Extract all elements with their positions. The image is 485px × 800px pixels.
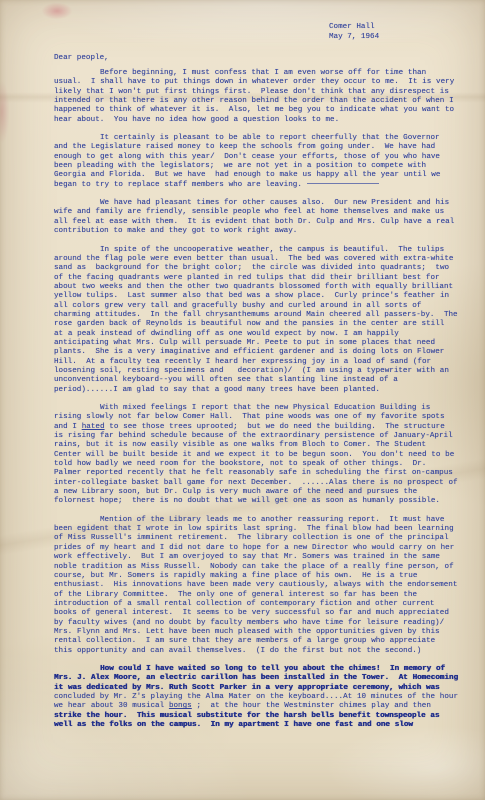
text-run: strike the hour. This musical substitute… — [54, 712, 444, 729]
text-run: Before beginning, I must confess that I … — [54, 69, 459, 124]
letter-paragraph: In spite of the uncooperative weather, t… — [54, 246, 458, 396]
letter-paragraph: Before beginning, I must confess that I … — [54, 69, 458, 125]
heading-date: May 7, 1964 — [329, 33, 379, 43]
text-run: bongs — [169, 702, 192, 710]
text-run: In spite of the uncooperative weather, t… — [54, 246, 462, 394]
salutation: Dear people, — [54, 54, 109, 64]
letter-body: Before beginning, I must confess that I … — [54, 69, 458, 739]
text-run: It certainly is pleasant to be able to r… — [54, 134, 445, 189]
text-run: to see those trees uprooted; but we do n… — [54, 423, 462, 506]
text-run: How could I have waited so long to tell … — [54, 665, 463, 692]
letter-paragraph: We have had pleasant times for other cau… — [54, 199, 458, 236]
heading-place: Comer Hall — [329, 23, 379, 33]
pen-line — [307, 183, 379, 184]
letter-paragraph: It certainly is pleasant to be able to r… — [54, 134, 458, 190]
letter-paragraph: Mention of the Library leads me to anoth… — [54, 516, 458, 656]
text-run: ; at the hour the Westminster chimes pla… — [192, 702, 436, 710]
letter-paragraph: How could I have waited so long to tell … — [54, 665, 458, 730]
letter-page: Comer Hall May 7, 1964 Dear people, Befo… — [0, 0, 485, 800]
text-run: Mention of the Library leads me to anoth… — [54, 516, 462, 655]
letter-heading: Comer Hall May 7, 1964 — [329, 23, 379, 43]
text-run: We have had pleasant times for other cau… — [54, 199, 459, 235]
letter-paragraph: With mixed feelings I report that the ne… — [54, 404, 458, 507]
text-run: hated — [82, 423, 105, 431]
